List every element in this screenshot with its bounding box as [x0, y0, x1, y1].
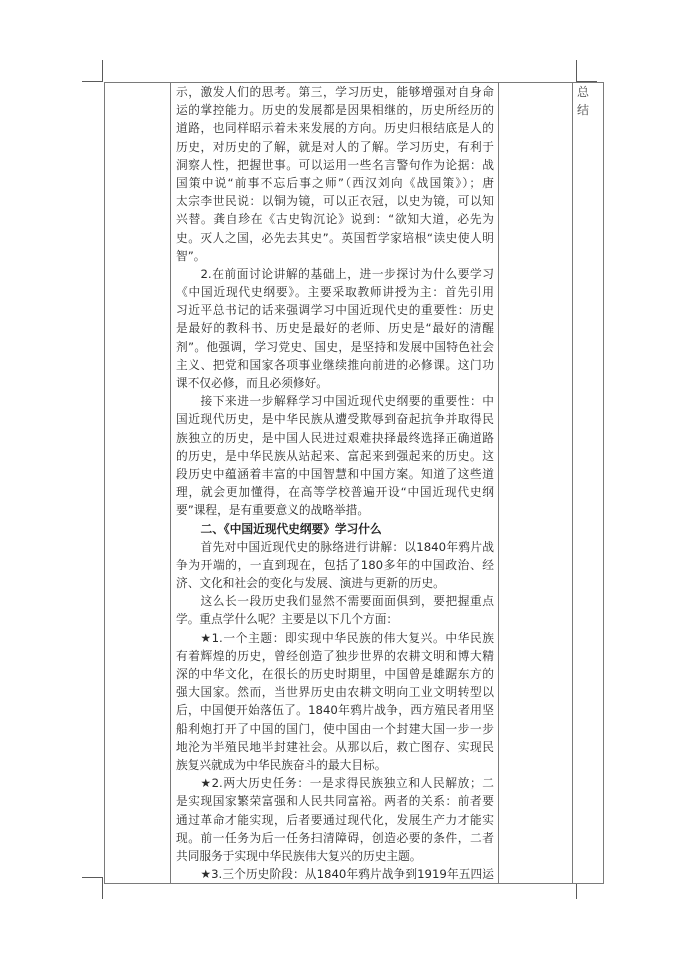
text-line: 学。重点学什么呢？主要是以下几个方面： — [176, 610, 494, 628]
crop-mark-bottom-left-horizontal — [82, 877, 103, 878]
text-line: 这么长一段历史我们显然不需要面面俱到，要把握重点 — [176, 592, 494, 610]
text-line: 课不仅必修，而且必须修好。 — [176, 374, 494, 392]
text-line: 地沦为半殖民地半封建社会。从那以后，救亡图存、实现民 — [176, 738, 494, 756]
table-cell-empty-right — [498, 82, 573, 884]
text-line: 兴替。龚自珍在《古史钩沉论》说到：“欲知大道，必先为 — [176, 210, 494, 228]
text-line: ★1.一个主题：即实现中华民族的伟大复兴。中华民族 — [176, 629, 494, 647]
text-line: 道路，也同样昭示着未来发展的方向。历史归根结底是人的 — [176, 119, 494, 137]
text-line: 示，激发人们的思考。第三，学习历史，能够增强对自身命 — [176, 83, 494, 101]
text-line: 史。灭人之国，必先去其史”。英国哲学家培根“读史使人明 — [176, 229, 494, 247]
text-line: 主义、把党和国家各项事业继续推向前进的必修课。这门功 — [176, 356, 494, 374]
text-line: 通过革命才能实现，后者要通过现代化，发展生产力才能实 — [176, 811, 494, 829]
text-line: 历史，对历史的了解，就是对人的了解。学习历史，有利于 — [176, 138, 494, 156]
text-line: 强大国家。然而，当世界历史由农耕文明向工业文明转型以 — [176, 683, 494, 701]
summary-label: 总结 — [577, 83, 591, 119]
crop-mark-top-right-vertical — [576, 60, 577, 82]
text-line: 现。前一任务为后一任务扫清障碍，创造必要的条件，二者 — [176, 829, 494, 847]
text-line: 济、文化和社会的变化与发展、演进与更新的历史。 — [176, 574, 494, 592]
crop-mark-bottom-left-vertical — [102, 877, 103, 899]
text-line: 国策中说“前事不忘后事之师”（西汉刘向《战国策》）；唐 — [176, 174, 494, 192]
text-line: 是最好的教科书、历史是最好的老师、历史是“最好的清醒 — [176, 319, 494, 337]
text-line: 段历史中蕴涵着丰富的中国智慧和中国方案。知道了这些道 — [176, 465, 494, 483]
text-line: 船利炮打开了中国的国门，使中国由一个封建大国一步一步 — [176, 720, 494, 738]
crop-mark-top-left-horizontal — [82, 81, 103, 82]
text-line: 习近平总书记的话来强调学习中国近现代史的重要性：历史 — [176, 301, 494, 319]
section-heading: 二、《中国近现代史纲要》学习什么 — [176, 520, 494, 538]
text-line: 族复兴就成为中华民族奋斗的最大目标。 — [176, 756, 494, 774]
text-line: 《中国近现代史纲要》。主要采取教师讲授为主：首先引用 — [176, 283, 494, 301]
text-line: 族独立的历史，是中国人民进过艰难抉择最终选择正确道路 — [176, 429, 494, 447]
text-line: ★2.两大历史任务：一是求得民族独立和人民解放；二 — [176, 774, 494, 792]
text-line: 接下来进一步解释学习中国近现代史纲要的重要性：中 — [176, 392, 494, 410]
table-cell-label: 总结 — [572, 82, 604, 884]
lesson-body-text: 示，激发人们的思考。第三，学习历史，能够增强对自身命 运的掌控能力。历史的发展都… — [176, 83, 494, 883]
text-line: 争为开端的，一直到现在，包括了180多年的中国政治、经 — [176, 556, 494, 574]
text-line: 是实现国家繁荣富强和人民共同富裕。两者的关系：前者要 — [176, 792, 494, 810]
table-cell-content: 示，激发人们的思考。第三，学习历史，能够增强对自身命 运的掌控能力。历史的发展都… — [170, 82, 499, 884]
text-line: 首先对中国近现代史的脉络进行讲解：以1840年鸦片战 — [176, 538, 494, 556]
text-line: 洞察人性，把握世事。可以运用一些名言警句作为论据：战 — [176, 156, 494, 174]
text-line: ★3.三个历史阶段：从1840年鸦片战争到1919年五四运 — [176, 865, 494, 883]
text-line: 要”课程，是有重要意义的战略举措。 — [176, 501, 494, 519]
text-line: 理，就会更加懂得，在高等学校普遍开设“中国近现代史纲 — [176, 483, 494, 501]
text-line: 运的掌控能力。历史的发展都是因果相继的，历史所经历的 — [176, 101, 494, 119]
text-line: 2.在前面讨论讲解的基础上，进一步探讨为什么要学习 — [176, 265, 494, 283]
text-line: 有着辉煌的历史，曾经创造了独步世界的农耕文明和博大精 — [176, 647, 494, 665]
text-line: 剂”。他强调，学习党史、国史，是坚持和发展中国特色社会 — [176, 338, 494, 356]
text-line: 深的中华文化，在很长的历史时期里，中国曾是雄踞东方的 — [176, 665, 494, 683]
text-line: 的历史，是中华民族从站起来、富起来到强起来的历史。这 — [176, 447, 494, 465]
text-line: 共同服务于实现中华民族伟大复兴的历史主题。 — [176, 847, 494, 865]
crop-mark-top-left-vertical — [102, 60, 103, 82]
text-line: 国近现代历史，是中华民族从遭受欺辱到奋起抗争并取得民 — [176, 410, 494, 428]
text-line: 后，中国便开始落伍了。1840年鸦片战争，西方殖民者用坚 — [176, 701, 494, 719]
text-line: 太宗李世民说：以铜为镜，可以正衣冠，以史为镜，可以知 — [176, 192, 494, 210]
text-line: 智”。 — [176, 247, 494, 265]
table-cell-empty-left — [104, 82, 171, 884]
